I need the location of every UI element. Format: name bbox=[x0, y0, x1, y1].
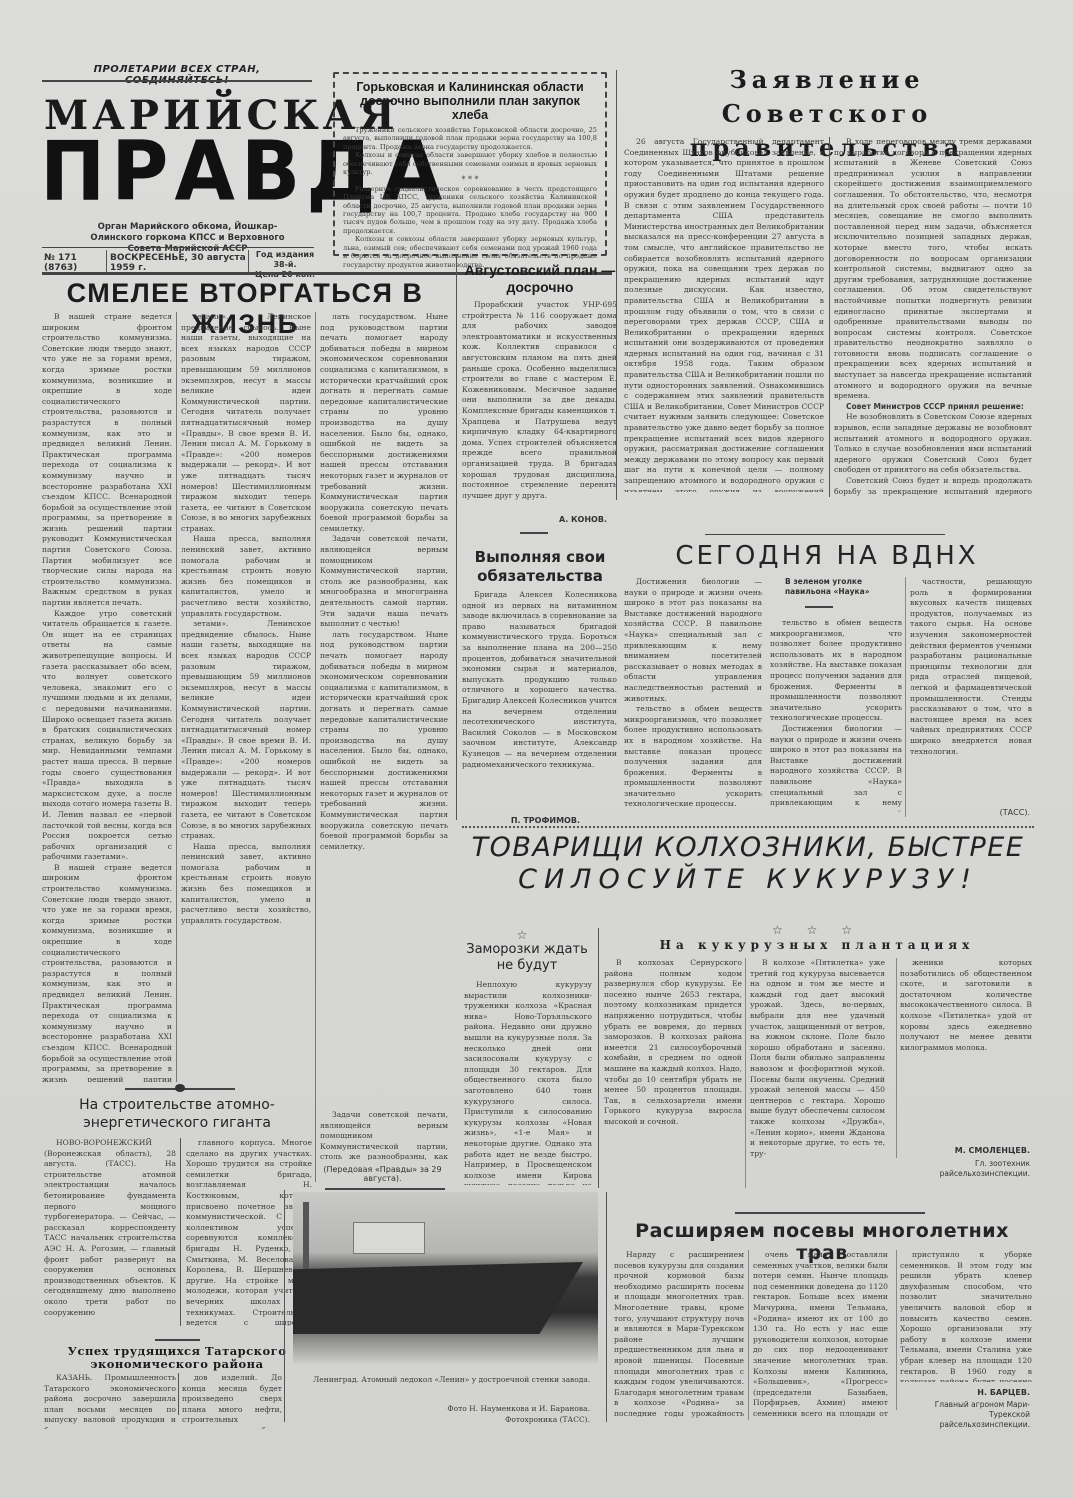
column-rule bbox=[176, 312, 177, 1082]
section-rule bbox=[520, 532, 548, 534]
section-rule bbox=[155, 1339, 200, 1341]
issue-date: ВОСКРЕСЕНЬЕ, 30 августа 1959 г. bbox=[110, 253, 250, 273]
article-paragraph: В колхозах Сернурского района полным ход… bbox=[604, 958, 742, 1128]
corn-headline-line1: ТОВАРИЩИ КОЛХОЗНИКИ, БЫСТРЕЕ bbox=[462, 832, 1034, 864]
statement-paragraph: В ходе переговоров между тремя державами… bbox=[834, 137, 1032, 402]
editorial-col2: зетами». Ленинское предвидение сбылось. … bbox=[181, 312, 311, 1082]
icebreaker-photo bbox=[293, 1192, 598, 1364]
column-rule bbox=[905, 577, 906, 817]
vdnh-paragraph: Достижения биологии — науки о природе и … bbox=[770, 724, 902, 812]
column-rule bbox=[616, 70, 617, 500]
corn-headline-line2: СИЛОСУЙТЕ КУКУРУЗУ! bbox=[462, 864, 1034, 896]
section-rule bbox=[325, 1188, 445, 1190]
column-rule bbox=[829, 137, 830, 497]
article-paragraph: Неплохую кукурузу вырастили колхозники-т… bbox=[464, 980, 592, 1185]
article-paragraph: приступило к уборке семенников. В этом г… bbox=[900, 1250, 1032, 1382]
slogan-rule bbox=[42, 80, 312, 82]
article-paragraph: женики которых позаботились об обществен… bbox=[900, 958, 1032, 1053]
editorial-paragraph: Наша пресса, выполняя ленинский завет, а… bbox=[181, 842, 311, 927]
corn-headline: ТОВАРИЩИ КОЛХОЗНИКИ, БЫСТРЕЕ СИЛОСУЙТЕ К… bbox=[462, 832, 1034, 896]
issue-year: Год издания 38-й. Цена 20 коп. bbox=[252, 250, 318, 280]
editorial-paragraph: Наша пресса, выполняя ленинский завет, а… bbox=[181, 534, 311, 619]
statement-col2: В ходе переговоров между тремя державами… bbox=[834, 137, 1032, 497]
statement-decision-lead: Совет Министров СССР принял решение: bbox=[834, 402, 1032, 413]
vdnh-subhead: В зеленом уголке павильона «Наука» bbox=[785, 577, 885, 597]
issue-divider bbox=[248, 250, 249, 272]
statement-headline-line1: Заявление Советского bbox=[622, 63, 1032, 131]
obligations-body: Бригада Алексея Колесникова одной из пер… bbox=[462, 590, 617, 808]
plantations-headline: На кукурузных плантациях bbox=[602, 938, 1032, 952]
tatar-col2: дов изделий. До конца месяца будет произ… bbox=[182, 1373, 282, 1429]
photo-caption: Ленинград. Атомный ледокол «Ленин» у дос… bbox=[295, 1375, 595, 1386]
article-paragraph: Наряду с расширением посевов кукурузы дл… bbox=[614, 1250, 744, 1420]
editorial-paragraph: лать государством. Ныне под руководством… bbox=[320, 312, 448, 534]
grain-separator: * * * bbox=[343, 176, 597, 184]
ship-superstructure bbox=[353, 1222, 425, 1254]
grasses-signature-title: Главный агроном Мари-Турекской райсельхо… bbox=[900, 1400, 1030, 1430]
grain-para: Развернув социалистическое соревнование … bbox=[343, 185, 597, 235]
column-rule bbox=[284, 1190, 285, 1422]
crane-shape bbox=[303, 1202, 309, 1272]
editorial-source: (Передовая «Правды» за 29 августа). bbox=[320, 1165, 445, 1183]
column-rule bbox=[315, 312, 316, 1182]
obligations-headline: Выполняя свои обязательства bbox=[460, 548, 620, 586]
column-rule bbox=[896, 1250, 897, 1410]
atomic-headline: На строительстве атомно-энергетического … bbox=[42, 1096, 312, 1132]
section-rule bbox=[735, 1212, 925, 1214]
column-rule bbox=[456, 255, 457, 820]
editorial-col1: В нашей стране ведется широким фронтом с… bbox=[42, 312, 172, 1082]
tatar-headline: Успех трудящихся Татарского экономическо… bbox=[42, 1345, 312, 1371]
slogan: ПРОЛЕТАРИИ ВСЕХ СТРАН, СОЕДИНЯЙТЕСЬ! bbox=[42, 64, 312, 86]
grasses-col2: очень мало оставляли семенных участков, … bbox=[753, 1250, 888, 1420]
column-rule bbox=[598, 928, 599, 1188]
frost-headline: Заморозки ждать не будут bbox=[462, 942, 592, 974]
august-plan-body: Прорабский участок УНР-695 стройтреста №… bbox=[462, 300, 617, 510]
august-plan-signature: А. КОНОВ. bbox=[462, 515, 607, 524]
editorial-paragraph: зетами». Ленинское предвидение сбылось. … bbox=[181, 619, 311, 841]
grain-headline: Горьковская и Калининская области досроч… bbox=[343, 80, 597, 122]
issue-number: № 171 (8763) bbox=[44, 253, 106, 273]
stars-icon: ☆ ☆ ☆ bbox=[602, 923, 1032, 937]
article-paragraph: В колхозе «Пятилетка» уже третий год кук… bbox=[750, 958, 885, 1159]
statement-paragraph: Не возобновлять в Советском Союзе ядерны… bbox=[834, 412, 1032, 476]
vdnh-paragraph: тельство в обмен веществ микроорганизмов… bbox=[770, 618, 902, 724]
column-rule bbox=[745, 958, 746, 1188]
august-plan-headline: Августовский план — досрочно bbox=[460, 262, 620, 296]
frost-body: Неплохую кукурузу вырастили колхозники-т… bbox=[464, 980, 592, 1185]
column-rule bbox=[180, 1138, 181, 1326]
issue-divider bbox=[106, 250, 107, 272]
vdnh-col2: тельство в обмен веществ микроорганизмов… bbox=[770, 618, 902, 812]
plantations-col3: женики которых позаботились об обществен… bbox=[900, 958, 1032, 1138]
newspaper-page: ПРОЛЕТАРИИ ВСЕХ СТРАН, СОЕДИНЯЙТЕСЬ! МАР… bbox=[0, 0, 1073, 1498]
editorial-col3-end: Задачи советской печати, являющейся верн… bbox=[320, 1110, 448, 1160]
plantations-col2: В колхозе «Пятилетка» уже третий год кук… bbox=[750, 958, 885, 1188]
corn-signature-title: Гл. зоотехник райсельхозинспекции. bbox=[900, 1159, 1030, 1179]
article-paragraph: Бригада Алексея Колесникова одной из пер… bbox=[462, 590, 617, 770]
column-rule bbox=[178, 1373, 179, 1415]
editorial-paragraph: Каждое утро советский читатель обращаетс… bbox=[42, 609, 172, 863]
grain-para: Труженики сельского хозяйства Горьковско… bbox=[343, 126, 597, 151]
masthead-title-line2: ПРАВДА bbox=[40, 130, 320, 214]
year-text: Год издания 38-й. bbox=[252, 250, 318, 270]
editorial-paragraph: В нашей стране ведется широким фронтом с… bbox=[42, 863, 172, 1082]
grasses-signature: Н. БАРЦЕВ. bbox=[900, 1388, 1030, 1397]
statement-col1: 26 августа Государственный департамент С… bbox=[624, 137, 824, 492]
statement-paragraph: 26 августа Государственный департамент С… bbox=[624, 137, 824, 492]
vdnh-paragraph: Достижения биологии — науки о природе и … bbox=[624, 577, 762, 704]
atomic-col1: НОВО-ВОРОНЕЖСКИЙ (Воронежская область), … bbox=[44, 1138, 176, 1326]
issue-rule-top bbox=[42, 247, 314, 248]
vdnh-col1: Достижения биологии — науки о природе и … bbox=[624, 577, 762, 812]
article-paragraph: КАЗАНЬ. Промышленность Татарского эконом… bbox=[44, 1373, 176, 1429]
editorial-paragraph: В нашей стране ведется широким фронтом с… bbox=[42, 312, 172, 609]
obligations-signature: П. ТРОФИМОВ. bbox=[440, 816, 580, 825]
statement-paragraph: Советский Союз будет и впредь продолжать… bbox=[834, 476, 1032, 497]
vdnh-paragraph: частности, решающую роль в формировании … bbox=[910, 577, 1032, 757]
editorial-paragraph: лать государством. Ныне под руководством… bbox=[320, 630, 448, 852]
grain-para: Колхозы и совхозы области завершают убор… bbox=[343, 151, 597, 176]
tatar-col1: КАЗАНЬ. Промышленность Татарского эконом… bbox=[44, 1373, 176, 1429]
editorial-paragraph: Задачи советской печати, являющейся верн… bbox=[320, 1110, 448, 1160]
section-rule bbox=[805, 606, 833, 608]
article-paragraph: очень мало оставляли семенных участков, … bbox=[753, 1250, 888, 1420]
editorial-col3: лать государством. Ныне под руководством… bbox=[320, 312, 448, 1112]
section-rule bbox=[705, 534, 945, 535]
corn-signature: М. СМОЛЕНЦЕВ. bbox=[900, 1146, 1030, 1155]
article-paragraph: Прорабский участок УНР-695 стройтреста №… bbox=[462, 300, 617, 501]
column-rule bbox=[896, 958, 897, 1158]
grain-box: Горьковская и Калининская области досроч… bbox=[333, 72, 607, 256]
corn-rule bbox=[462, 826, 1034, 828]
column-rule bbox=[748, 1250, 749, 1420]
grasses-col3: приступило к уборке семенников. В этом г… bbox=[900, 1250, 1032, 1382]
column-rule bbox=[606, 1192, 607, 1422]
article-paragraph: дов изделий. До конца месяца будет произ… bbox=[182, 1373, 282, 1429]
vdnh-paragraph: тельство в обмен веществ микроорганизмов… bbox=[624, 704, 762, 810]
article-paragraph: НОВО-ВОРОНЕЖСКИЙ (Воронежская область), … bbox=[44, 1138, 176, 1318]
ship-hull bbox=[293, 1262, 583, 1334]
editorial-paragraph: Задачи советской печати, являющейся верн… bbox=[320, 534, 448, 629]
plantations-col1: В колхозах Сернурского района полным ход… bbox=[604, 958, 742, 1188]
editorial-paragraph: зетами». Ленинское предвидение сбылось. … bbox=[181, 312, 311, 534]
photo-credit: Фото Н. Науменкова и И. Баранова. bbox=[360, 1404, 590, 1415]
star-icon: ☆ bbox=[462, 928, 592, 942]
photo-agency: Фотохроника (ТАСС). bbox=[360, 1415, 590, 1426]
ornament-icon bbox=[175, 1084, 185, 1092]
vdnh-signature: (ТАСС). bbox=[960, 808, 1030, 817]
vdnh-headline: СЕГОДНЯ НА ВДНХ bbox=[622, 541, 1032, 571]
vdnh-col3: частности, решающую роль в формировании … bbox=[910, 577, 1032, 805]
grasses-col1: Наряду с расширением посевов кукурузы дл… bbox=[614, 1250, 744, 1420]
